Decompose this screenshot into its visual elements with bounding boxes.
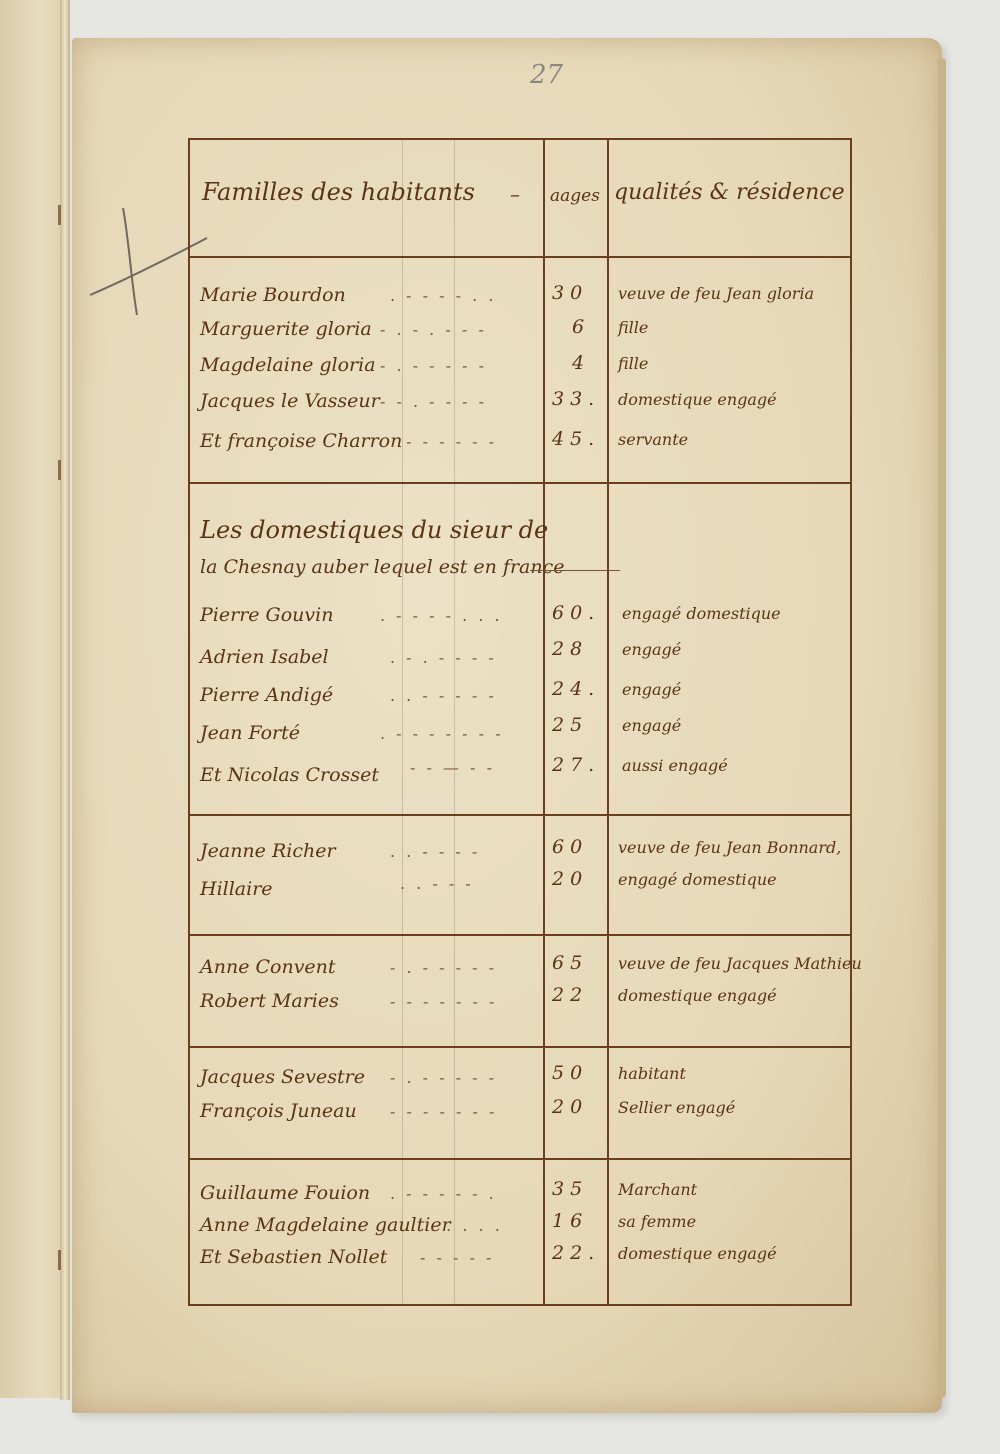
- pencil-guide: [402, 138, 403, 1306]
- leader-dots: . . - - - - -: [390, 686, 497, 705]
- person-age: 45.: [552, 428, 600, 450]
- person-quality: domestique engagé: [618, 390, 777, 409]
- person-age: 50: [552, 1062, 588, 1084]
- person-name: Pierre Gouvin: [200, 604, 333, 626]
- person-name: Adrien Isabel: [200, 646, 329, 668]
- person-age: 4: [572, 352, 590, 374]
- person-age: 6: [572, 316, 590, 338]
- person-name: Anne Convent: [200, 956, 336, 978]
- person-quality: Marchant: [618, 1180, 697, 1199]
- header-quality: qualités & résidence: [614, 180, 845, 205]
- person-quality: servante: [618, 430, 688, 449]
- header-separator: [188, 256, 852, 258]
- group-separator: [188, 814, 852, 816]
- person-name: François Juneau: [200, 1100, 357, 1122]
- left-rule: [188, 138, 190, 1306]
- leader-dots: - . - . - - -: [380, 320, 487, 339]
- person-name: Anne Magdelaine gaultier: [200, 1214, 451, 1236]
- person-quality: engagé: [622, 640, 681, 659]
- leader-dots: - . - - - - -: [390, 1068, 497, 1087]
- person-quality: sa femme: [618, 1212, 696, 1231]
- right-rule: [850, 138, 852, 1306]
- person-name: Marguerite gloria: [200, 318, 372, 340]
- person-age: 22: [552, 984, 588, 1006]
- person-age: 25: [552, 714, 588, 736]
- person-quality: domestique engagé: [618, 1244, 777, 1263]
- leader-dots: . . - - -: [400, 874, 474, 893]
- person-name: Hillaire: [200, 878, 273, 900]
- person-age: 28: [552, 638, 588, 660]
- leader-dots: . - - - - - -: [390, 432, 497, 451]
- person-name: Jacques le Vasseur: [200, 390, 380, 412]
- section-subtitle: la Chesnay auber lequel est en france: [200, 556, 564, 578]
- person-quality: engagé: [622, 716, 681, 735]
- person-age: 35: [552, 1178, 588, 1200]
- person-age: 24.: [552, 678, 600, 700]
- leader-dots: - - - - - - -: [390, 1102, 497, 1121]
- person-quality: veuve de feu Jacques Mathieu: [618, 954, 862, 973]
- leader-dots: . - . - - - -: [390, 648, 497, 667]
- person-name: Et françoise Charron: [200, 430, 402, 452]
- person-quality: fille: [618, 318, 648, 337]
- age-column-rule: [543, 138, 545, 1306]
- person-name: Magdelaine gloria: [200, 354, 376, 376]
- group-separator: [188, 482, 852, 484]
- person-age: 30: [552, 282, 588, 304]
- page-number: 27: [530, 60, 563, 90]
- person-age: 27.: [552, 754, 600, 776]
- pencil-guide: [454, 138, 455, 1306]
- person-name: Guillaume Fouion: [200, 1182, 370, 1204]
- leader-dots: . - - - - - - -: [380, 724, 504, 743]
- group-separator: [188, 1158, 852, 1160]
- line-filler: [530, 570, 620, 571]
- person-name: Jacques Sevestre: [200, 1066, 365, 1088]
- header-ages: aages: [550, 186, 600, 206]
- person-quality: fille: [618, 354, 648, 373]
- person-name: Et Nicolas Crosset: [200, 764, 379, 786]
- person-age: 20: [552, 1096, 588, 1118]
- leader-dots: . - - - - - .: [390, 1184, 497, 1203]
- person-name: Jean Forté: [200, 722, 300, 744]
- page-edge: [938, 58, 946, 1398]
- person-age: 60: [552, 836, 588, 858]
- census-ledger-table: Familles des habitants – aages qualités …: [190, 138, 853, 1306]
- header-names: Familles des habitants: [202, 178, 475, 206]
- leader-dots: - - . - - - -: [380, 392, 487, 411]
- person-name: Jeanne Richer: [200, 840, 336, 862]
- leader-dots: - - - - -: [420, 1248, 494, 1267]
- top-rule: [188, 138, 852, 140]
- header-dash: –: [510, 182, 520, 206]
- leader-dots: - . - - - - -: [380, 356, 487, 375]
- person-quality: habitant: [618, 1064, 686, 1083]
- section-title: Les domestiques du sieur de: [200, 516, 548, 544]
- group-separator: [188, 934, 852, 936]
- person-age: 65: [552, 952, 588, 974]
- leader-dots: . . . . .: [430, 1216, 503, 1235]
- leader-dots: . - - - - . . .: [380, 606, 503, 625]
- person-name: Pierre Andigé: [200, 684, 333, 706]
- person-name: Marie Bourdon: [200, 284, 346, 306]
- leader-dots: . - - - - . .: [390, 286, 496, 305]
- person-name: Et Sebastien Nollet: [200, 1246, 387, 1268]
- person-age: 33.: [552, 388, 600, 410]
- person-quality: engagé domestique: [618, 870, 777, 889]
- person-quality: Sellier engagé: [618, 1098, 735, 1117]
- person-quality: veuve de feu Jean gloria: [618, 284, 814, 303]
- leader-dots: . . - - - -: [390, 842, 480, 861]
- group-separator: [188, 1046, 852, 1048]
- leader-dots: - - — - -: [410, 758, 495, 777]
- person-name: Robert Maries: [200, 990, 339, 1012]
- person-quality: domestique engagé: [618, 986, 777, 1005]
- quality-column-rule: [607, 138, 609, 1306]
- bottom-rule: [188, 1304, 852, 1306]
- person-age: 22.: [552, 1242, 600, 1264]
- person-age: 60.: [552, 602, 600, 624]
- person-quality: engagé: [622, 680, 681, 699]
- person-age: 20: [552, 868, 588, 890]
- person-quality: veuve de feu Jean Bonnard,: [618, 838, 841, 857]
- person-quality: engagé domestique: [622, 604, 781, 623]
- person-age: 16: [552, 1210, 588, 1232]
- leader-dots: - . - - - - -: [390, 958, 497, 977]
- leader-dots: - - - - - - -: [390, 992, 497, 1011]
- person-quality: aussi engagé: [622, 756, 728, 775]
